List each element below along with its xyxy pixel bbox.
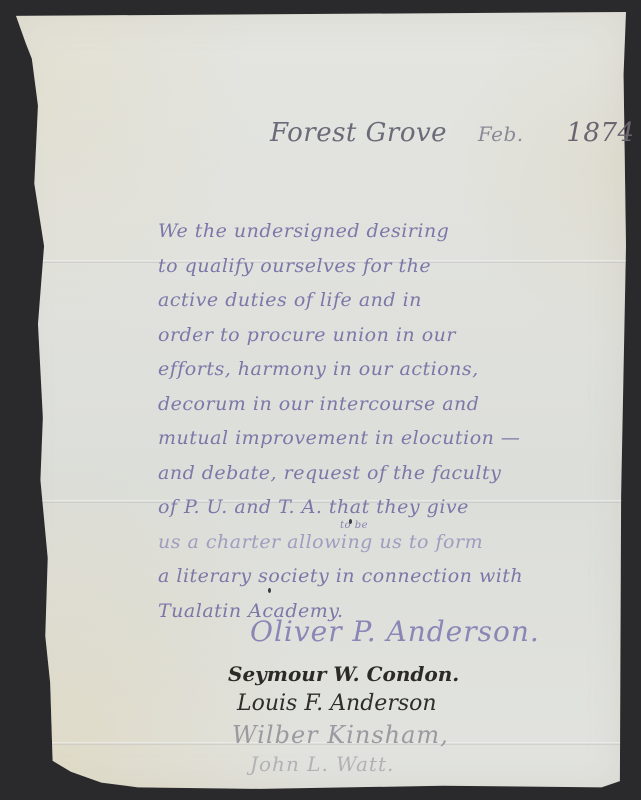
signature-3: Louis F. Anderson xyxy=(237,691,437,716)
signature-4: Wilber Kinsham, xyxy=(232,721,449,749)
ink-blot xyxy=(268,588,271,593)
body-line: active duties of life and in xyxy=(158,283,523,318)
body-line: order to procure union in our xyxy=(158,318,523,353)
ink-blot xyxy=(349,519,352,524)
body-line: efforts, harmony in our actions, xyxy=(158,352,523,387)
interlinear-insert: to be xyxy=(340,520,368,531)
dateline-month: Feb. xyxy=(478,122,524,146)
document-scan: Forest Grove Feb. 1874 We the undersigne… xyxy=(0,0,641,800)
body-line: a literary society in connection with xyxy=(158,559,523,594)
body-line: decorum in our intercourse and xyxy=(158,387,523,422)
signature-1: Oliver P. Anderson. xyxy=(250,615,540,648)
body-line: We the undersigned desiring xyxy=(158,214,523,249)
dateline: Forest Grove Feb. 1874 xyxy=(270,118,635,148)
body-line: to qualify ourselves for the xyxy=(158,249,523,284)
petition-body: We the undersigned desiring to qualify o… xyxy=(158,214,523,628)
signature-5: John L. Watt. xyxy=(250,752,394,776)
body-line: mutual improvement in elocution — xyxy=(158,421,523,456)
signature-2: Seymour W. Condon. xyxy=(228,662,459,686)
dateline-year: 1874 xyxy=(566,118,634,148)
dateline-place: Forest Grove xyxy=(270,118,447,148)
body-line: and debate, request of the faculty xyxy=(158,456,523,491)
